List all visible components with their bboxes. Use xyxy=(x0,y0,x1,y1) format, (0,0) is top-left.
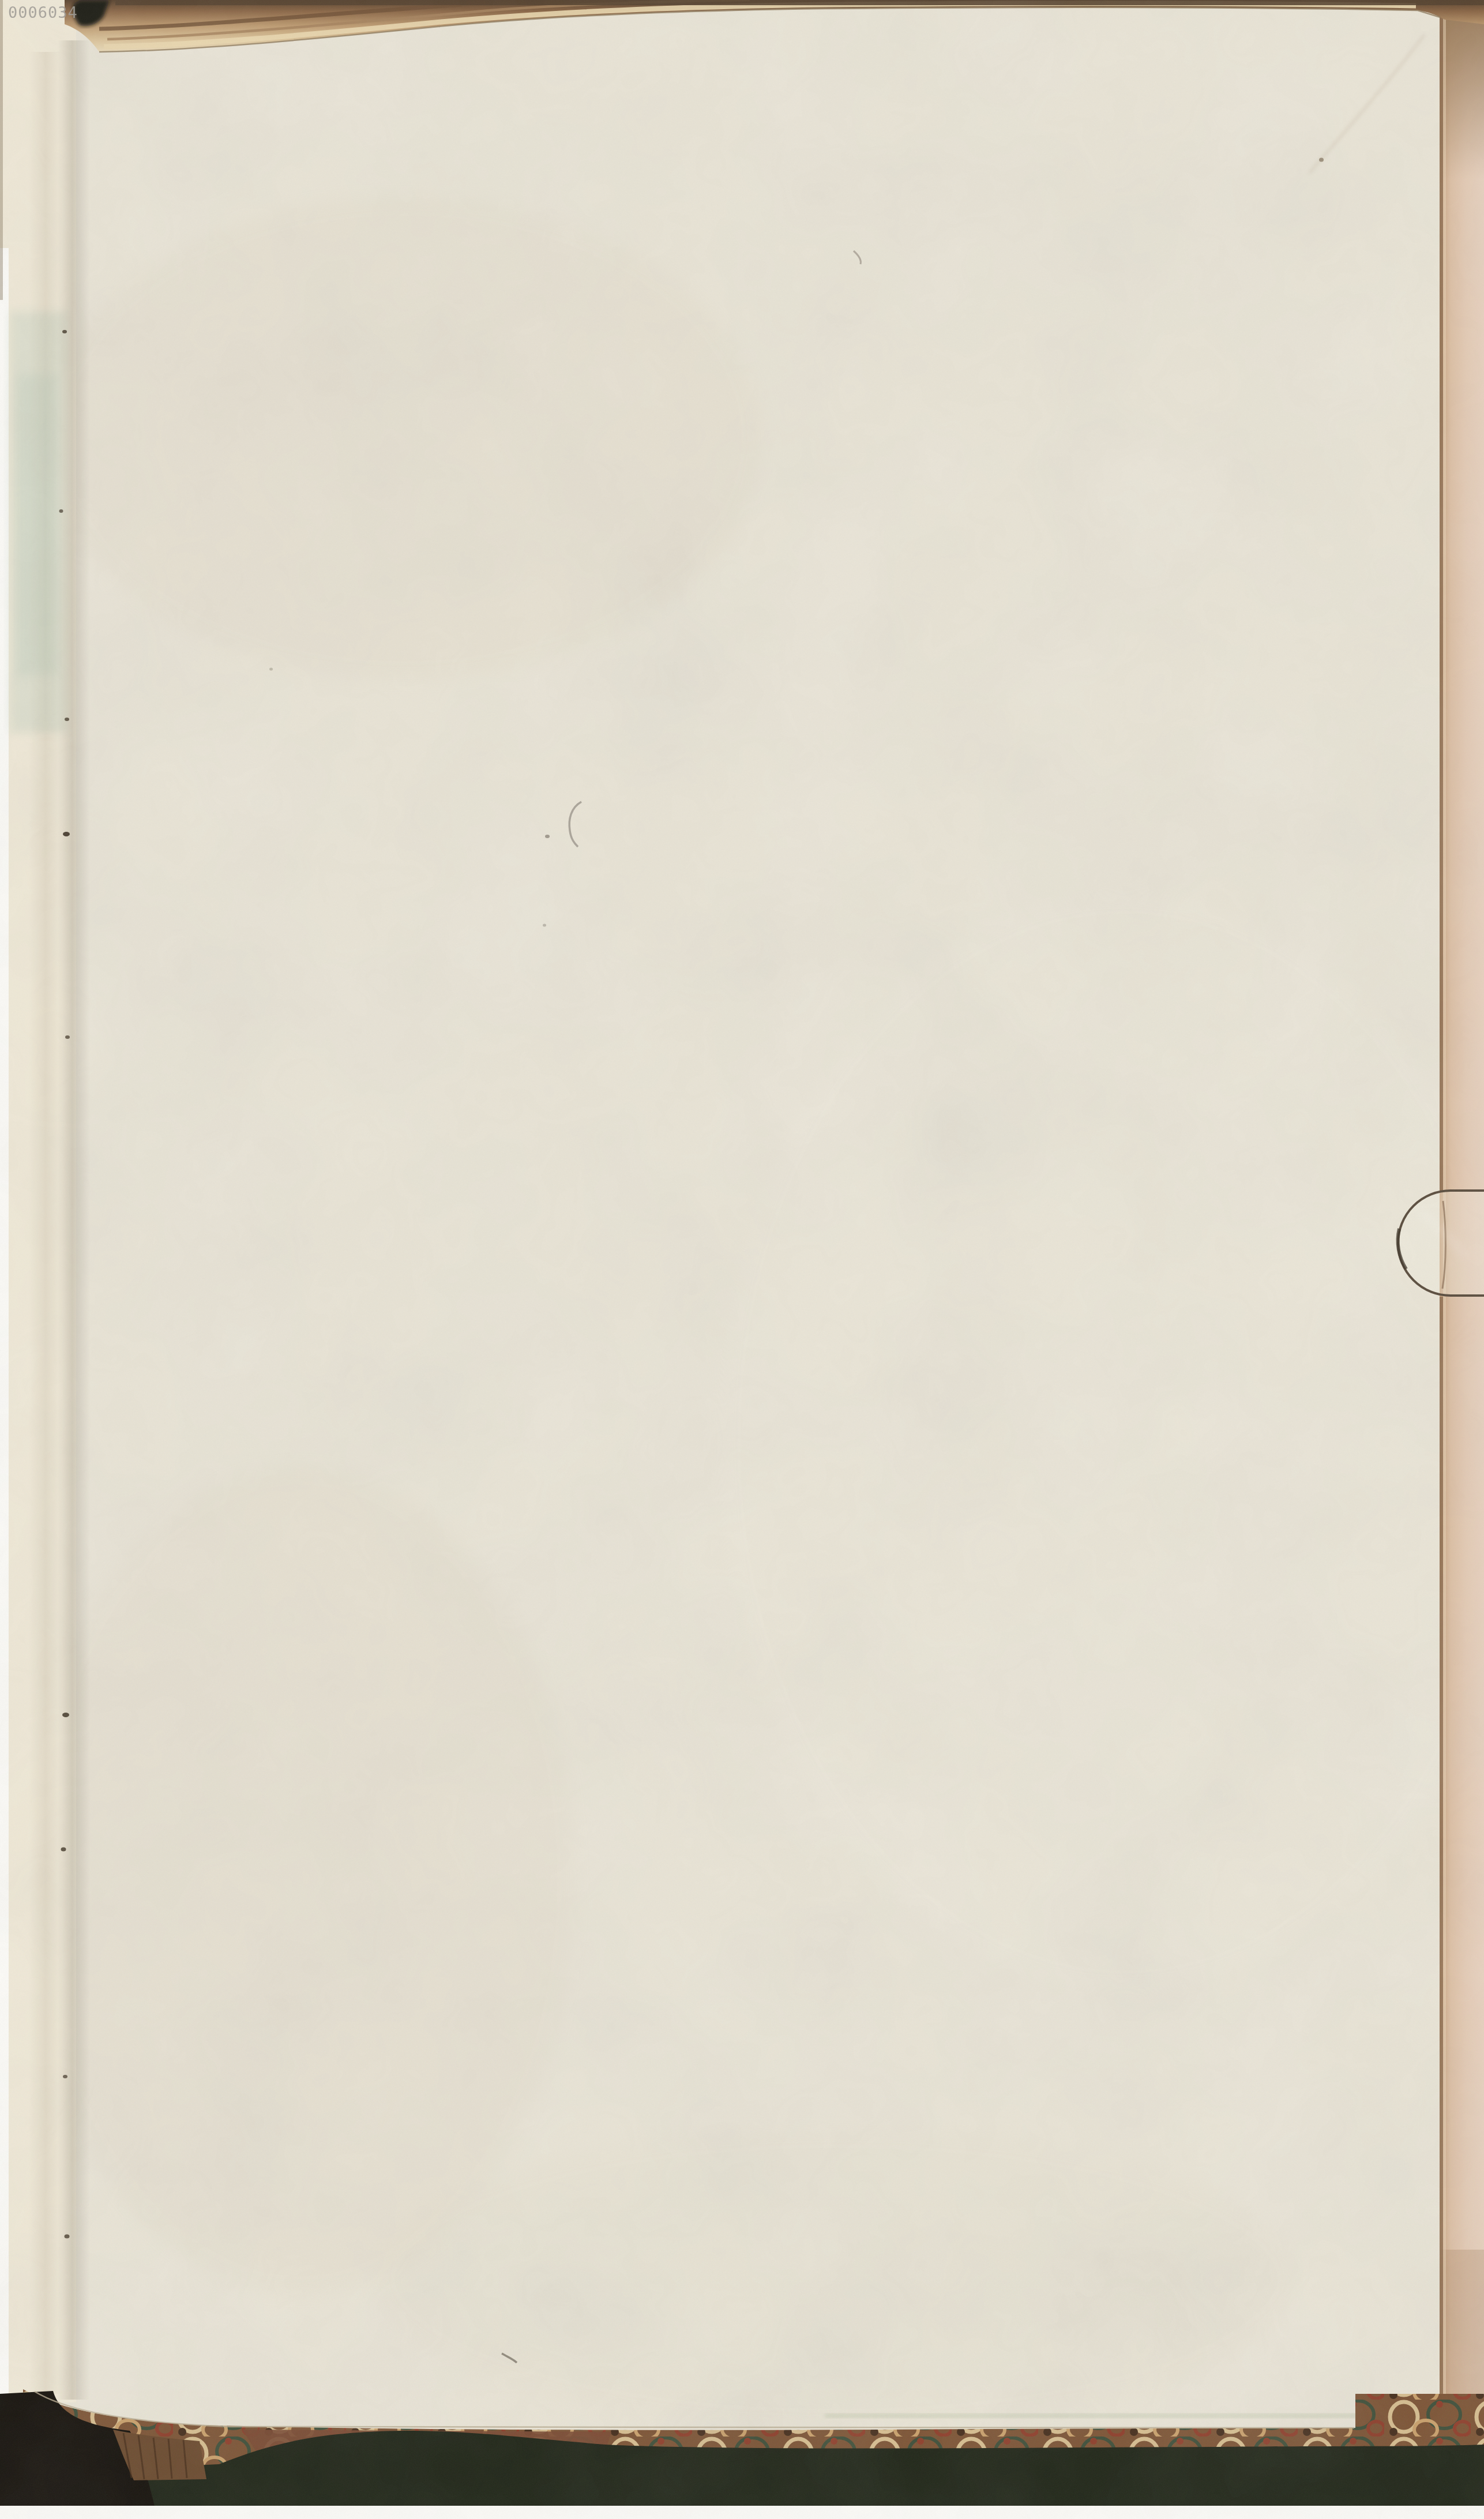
paper-grain-light xyxy=(0,0,1484,2519)
book-scan-graphic: 0006034 xyxy=(0,0,1484,2519)
book-scan-page: 0006034 xyxy=(0,0,1484,2519)
paper-texture xyxy=(0,0,1484,2519)
